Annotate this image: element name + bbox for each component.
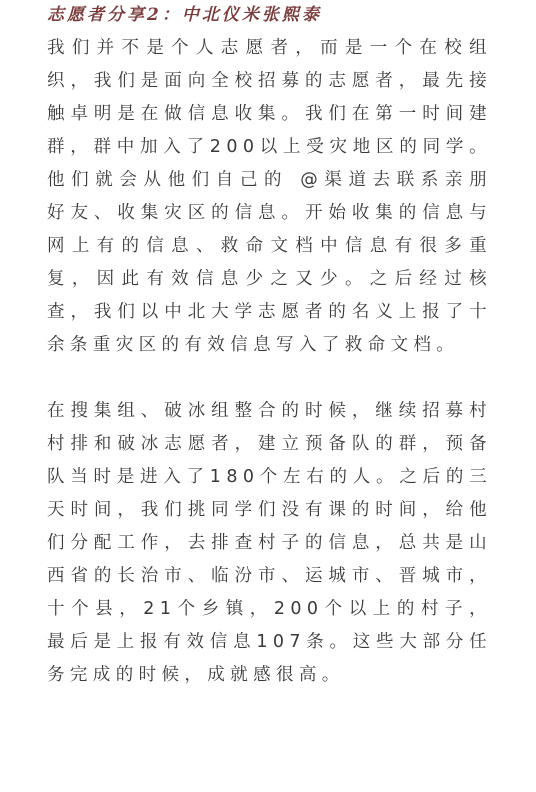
article-title: 志愿者分享2：中北仪米张熙泰 xyxy=(47,0,492,30)
paragraph-1: 我们并不是个人志愿者，而是一个在校组织，我们是面向全校招募的志愿者，最先接触卓明… xyxy=(47,32,492,362)
paragraph-2: 在搜集组、破冰组整合的时候，继续招募村村排和破冰志愿者，建立预备队的群，预备队当… xyxy=(47,395,492,692)
article: 志愿者分享2：中北仪米张熙泰 我们并不是个人志愿者，而是一个在校组织，我们是面向… xyxy=(47,0,492,692)
